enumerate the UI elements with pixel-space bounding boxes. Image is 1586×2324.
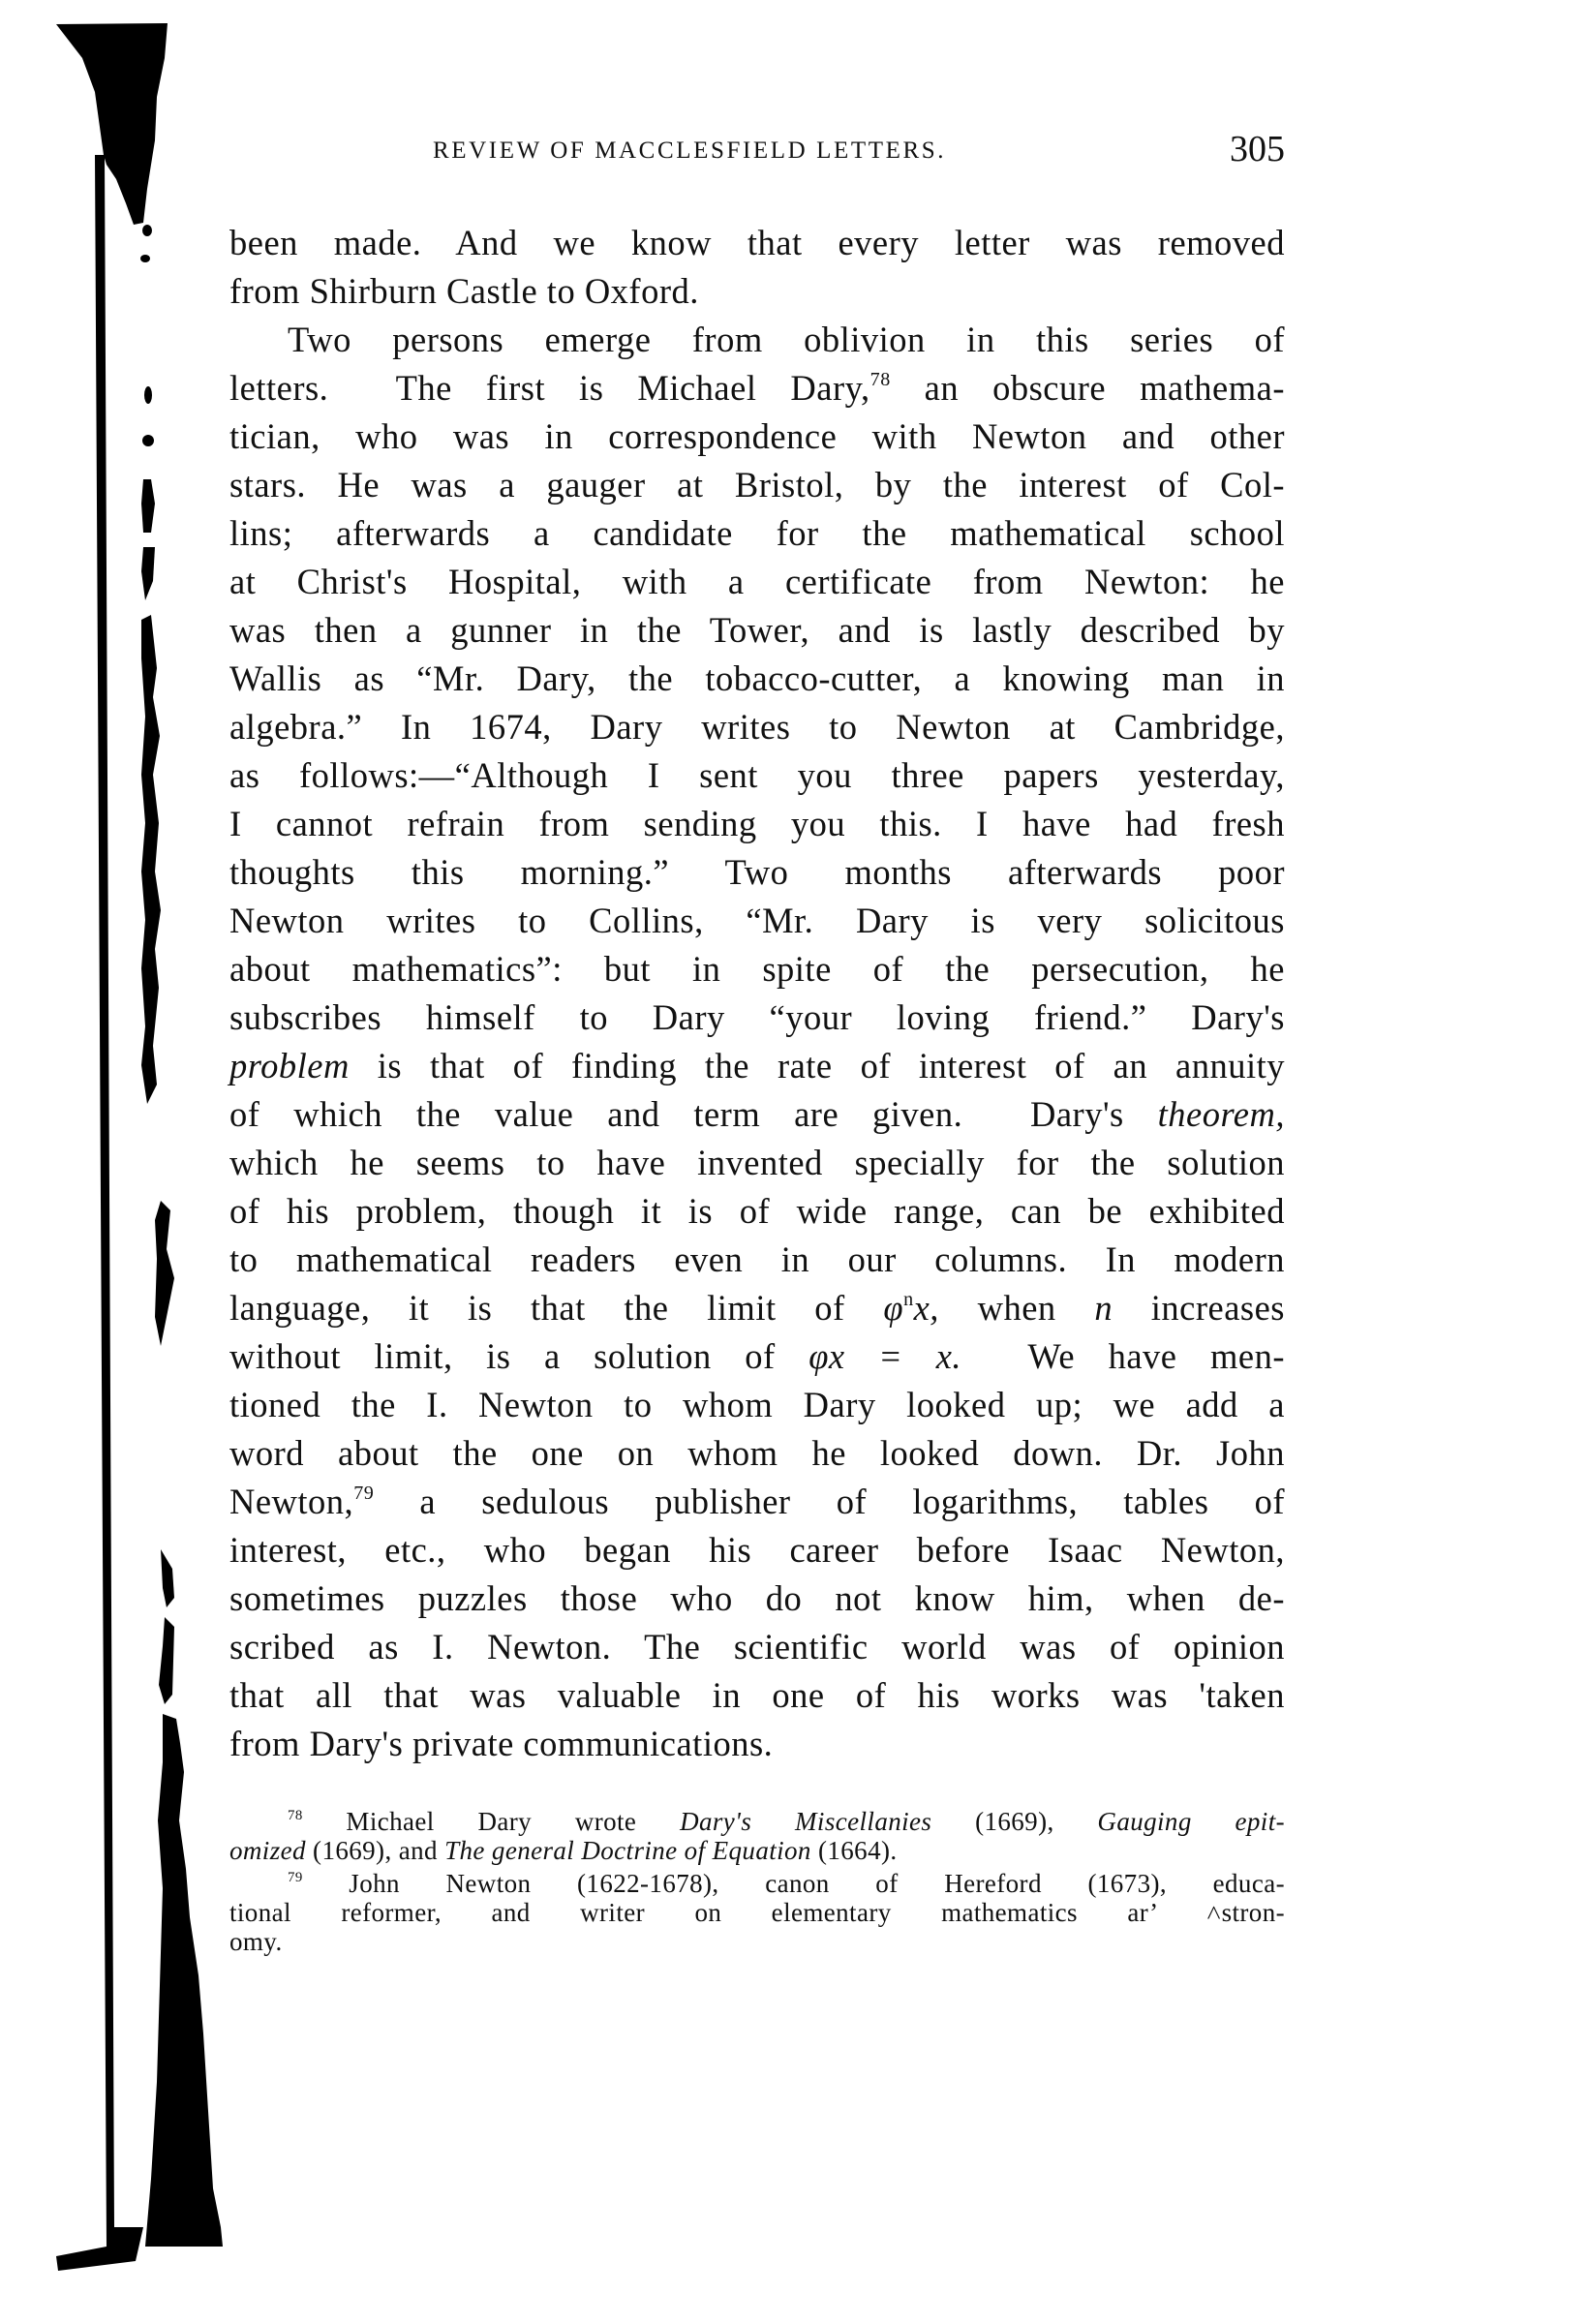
text-line: thoughts this morning.” Two months after… [229, 848, 1285, 897]
footnote-number-79: 79 [288, 1870, 303, 1885]
paragraph-start-line: Two persons emerge from oblivion in this… [229, 316, 1285, 364]
italic-problem: problem [229, 1046, 350, 1086]
text-line: was then a gunner in the Tower, and is l… [229, 606, 1285, 655]
footnote-78-line: 78 Michael Dary wrote Dary's Miscellanie… [229, 1807, 1285, 1836]
math-phi: φ [883, 1288, 903, 1328]
text-line: lins; afterwards a candidate for the mat… [229, 509, 1285, 558]
footnote-number-78: 78 [288, 1808, 303, 1823]
footnote-ref-78[interactable]: 78 [870, 369, 891, 390]
text-line: tician, who was in correspondence with N… [229, 413, 1285, 461]
text-line: algebra.” In 1674, Dary writes to Newton… [229, 703, 1285, 751]
footnote-79-line: 79 John Newton (1622-1678), canon of Her… [229, 1869, 1285, 1898]
text-line: that all that was valuable in one of his… [229, 1671, 1285, 1720]
text-line: from Shirburn Castle to Oxford. [229, 267, 1285, 316]
text-line: about mathematics”: but in spite of the … [229, 945, 1285, 994]
text-line: letters. The first is Michael Dary,78 an… [229, 364, 1285, 413]
binding-shadow-artifact [0, 0, 223, 2324]
footnote-79-line: tional reformer, and writer on elementar… [229, 1898, 1285, 1927]
math-equation: φx = x. [808, 1336, 961, 1376]
text-line: at Christ's Hospital, with a certificate… [229, 558, 1285, 606]
text-line: Newton,79 a sedulous publisher of logari… [229, 1478, 1285, 1526]
text-line: sometimes puzzles those who do not know … [229, 1575, 1285, 1623]
footnotes: 78 Michael Dary wrote Dary's Miscellanie… [229, 1807, 1285, 1956]
footnote-ref-79[interactable]: 79 [353, 1483, 374, 1504]
text-line: interest, etc., who began his career bef… [229, 1526, 1285, 1575]
math-n: n [1094, 1288, 1113, 1328]
footnote-78-line: omized (1669), and The general Doctrine … [229, 1836, 1285, 1865]
text-line: as follows:—“Although I sent you three p… [229, 751, 1285, 800]
text-line: Wallis as “Mr. Dary, the tobacco-cutter,… [229, 655, 1285, 703]
italic-theorem: theorem, [1158, 1094, 1285, 1134]
text-line: problem is that of finding the rate of i… [229, 1042, 1285, 1090]
text-line: Newton writes to Collins, “Mr. Dary is v… [229, 897, 1285, 945]
text-line: stars. He was a gauger at Bristol, by th… [229, 461, 1285, 509]
text-line: scribed as I. Newton. The scientific wor… [229, 1623, 1285, 1671]
text-line: to mathematical readers even in our colu… [229, 1236, 1285, 1284]
text-line: which he seems to have invented speciall… [229, 1139, 1285, 1187]
text-line: subscribes himself to Dary “your loving … [229, 994, 1285, 1042]
body-text: been made. And we know that every letter… [229, 219, 1285, 1768]
math-line: language, it is that the limit of φnx, w… [229, 1284, 1285, 1332]
page-number: 305 [1230, 128, 1285, 170]
text-line: of which the value and term are given. D… [229, 1090, 1285, 1139]
math-line: without limit, is a solution of φx = x. … [229, 1332, 1285, 1381]
running-head: REVIEW OF MACCLESFIELD LETTERS. 305 [229, 128, 1285, 170]
text-line: tioned the I. Newton to whom Dary looked… [229, 1381, 1285, 1429]
running-title: REVIEW OF MACCLESFIELD LETTERS. [433, 138, 946, 165]
text-line: word about the one on whom he looked dow… [229, 1429, 1285, 1478]
text-line: of his problem, though it is of wide ran… [229, 1187, 1285, 1236]
text-line: I cannot refrain from sending you this. … [229, 800, 1285, 848]
text-line: from Dary's private communications. [229, 1720, 1285, 1768]
footnote-79-line: omy. [229, 1927, 1285, 1956]
text-line: been made. And we know that every letter… [229, 219, 1285, 267]
